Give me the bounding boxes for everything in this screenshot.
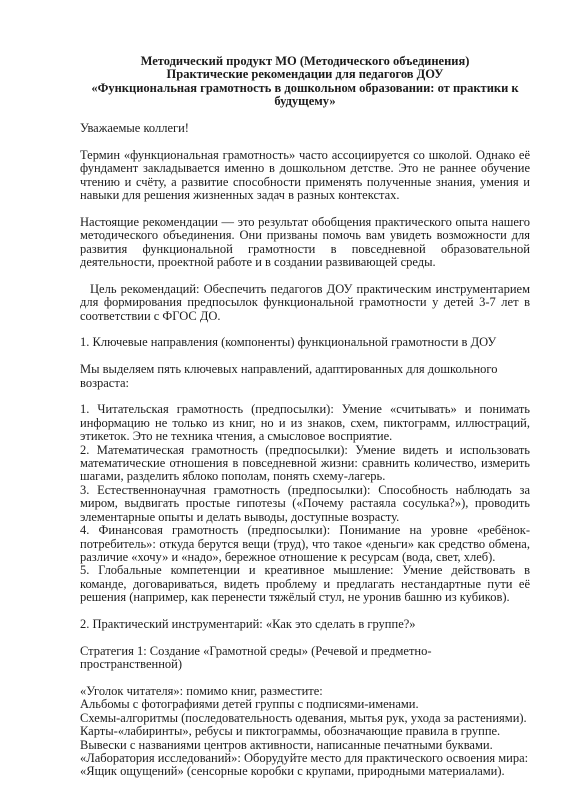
strategy-1-heading: Стратегия 1: Создание «Грамотной среды» … bbox=[80, 645, 530, 672]
environment-line: «Ящик ощущений» (сенсорные коробки с кру… bbox=[80, 765, 530, 778]
title-line-3: «Функциональная грамотность в дошкольном… bbox=[80, 82, 530, 109]
greeting: Уважаемые коллеги! bbox=[80, 122, 530, 135]
section-2-heading: 2. Практический инструментарий: «Как это… bbox=[80, 618, 530, 631]
direction-item-global: 5. Глобальные компетенции и креативное м… bbox=[80, 564, 530, 604]
environment-line: Схемы-алгоритмы (последовательность одев… bbox=[80, 712, 530, 725]
environment-list: «Уголок читателя»: помимо книг, размести… bbox=[80, 685, 530, 779]
about-paragraph: Настоящие рекомендации — это результат о… bbox=[80, 216, 530, 270]
title-line-1: Методический продукт МО (Методического о… bbox=[80, 55, 530, 68]
environment-line: Карты-«лабиринты», ребусы и пиктограммы,… bbox=[80, 725, 530, 738]
direction-item-science: 3. Естественнонаучная грамотность (предп… bbox=[80, 484, 530, 524]
directions-list: 1. Читательская грамотность (предпосылки… bbox=[80, 403, 530, 604]
goal-paragraph: Цель рекомендаций: Обеспечить педагогов … bbox=[80, 283, 530, 323]
document-page: Методический продукт МО (Методического о… bbox=[0, 0, 566, 800]
document-title: Методический продукт МО (Методического о… bbox=[80, 55, 530, 109]
direction-item-math: 2. Математическая грамотность (предпосыл… bbox=[80, 444, 530, 484]
environment-line: «Лаборатория исследований»: Оборудуйте м… bbox=[80, 752, 530, 765]
intro-paragraph: Термин «функциональная грамотность» част… bbox=[80, 149, 530, 203]
environment-line: Вывески с названиями центров активности,… bbox=[80, 739, 530, 752]
title-line-2: Практические рекомендации для педагогов … bbox=[80, 68, 530, 81]
section-1-lead: Мы выделяем пять ключевых направлений, а… bbox=[80, 363, 530, 390]
direction-item-reading: 1. Читательская грамотность (предпосылки… bbox=[80, 403, 530, 443]
section-1-heading: 1. Ключевые направления (компоненты) фун… bbox=[80, 336, 530, 349]
direction-item-finance: 4. Финансовая грамотность (предпосылки):… bbox=[80, 524, 530, 564]
environment-line: Альбомы с фотографиями детей группы с по… bbox=[80, 698, 530, 711]
environment-line: «Уголок читателя»: помимо книг, размести… bbox=[80, 685, 530, 698]
